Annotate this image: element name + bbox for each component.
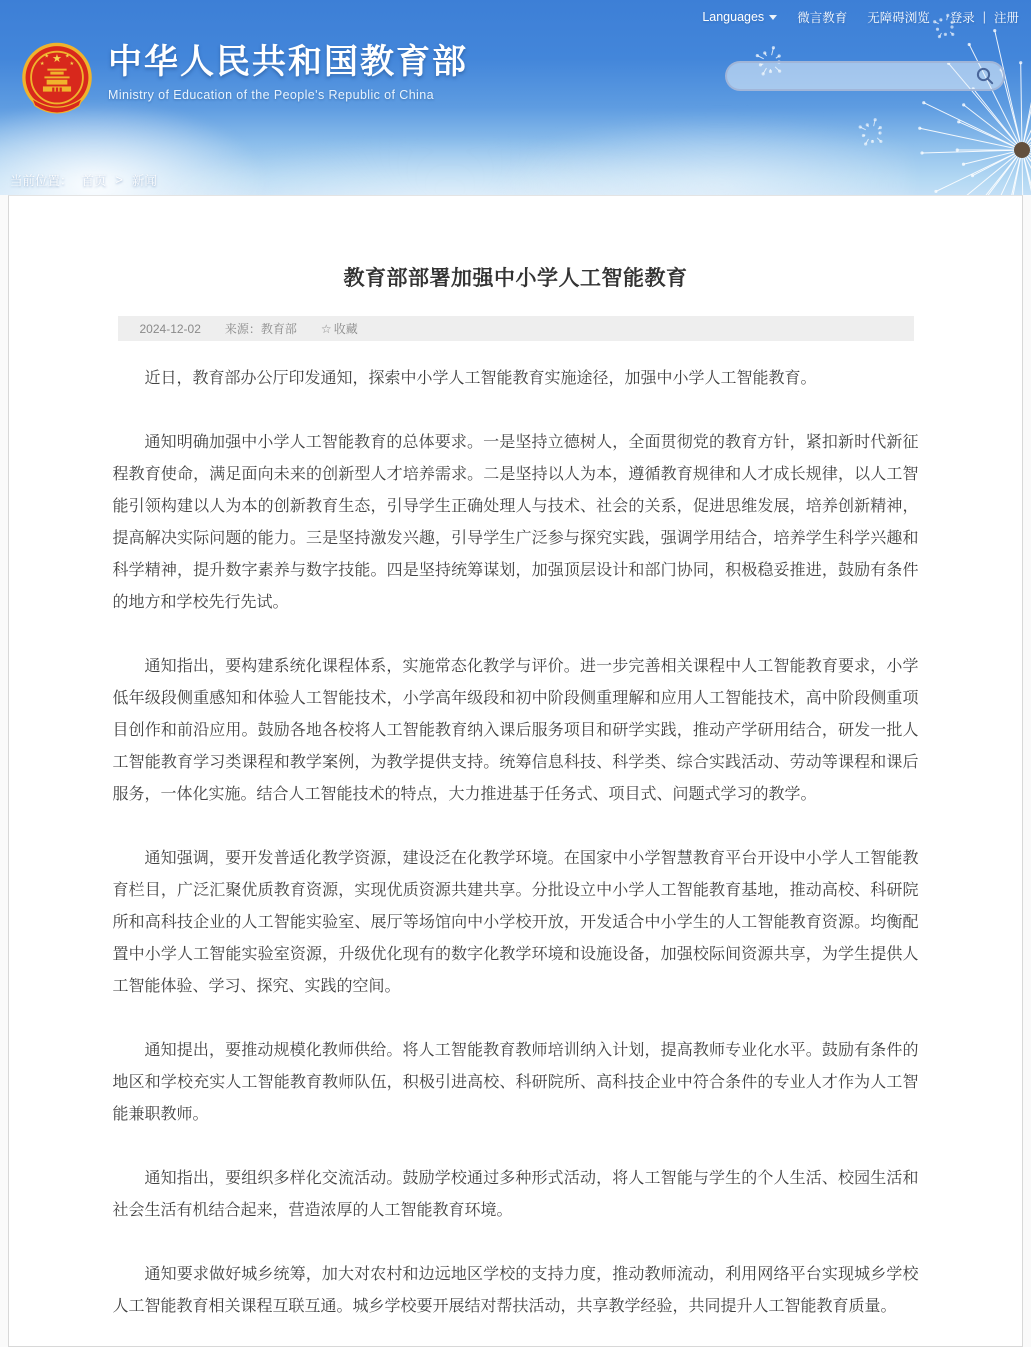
breadcrumb-current-link[interactable]: 新闻 [132, 171, 157, 189]
svg-text:★: ★ [52, 53, 62, 65]
search-input[interactable] [741, 69, 975, 84]
search-box [725, 61, 1005, 91]
article-paragraph: 通知提出，要推动规模化教师供给。将人工智能教育教师培训纳入计划，提高教师专业化水… [113, 1035, 919, 1131]
article-paragraph: 通知要求做好城乡统筹，加大对农村和边远地区学校的支持力度，推动教师流动，利用网络… [113, 1259, 919, 1323]
search-icon [975, 66, 995, 86]
favorite-label: 收藏 [334, 320, 358, 337]
brand-text: 中华人民共和国教育部 Ministry of Education of the … [108, 42, 468, 102]
topbar-separator: | [983, 10, 986, 24]
article-source-value: 教育部 [261, 322, 297, 336]
svg-text:★: ★ [69, 61, 74, 67]
breadcrumb-label: 当前位置： [10, 171, 73, 189]
article-body: 近日，教育部办公厅印发通知，探索中小学人工智能教育实施途径，加强中小学人工智能教… [113, 363, 919, 1323]
site-title: 中华人民共和国教育部 [108, 42, 468, 83]
chevron-down-icon [769, 15, 777, 20]
topbar-link-accessibility[interactable]: 无障碍浏览 [867, 8, 930, 26]
article-paragraph: 近日，教育部办公厅印发通知，探索中小学人工智能教育实施途径，加强中小学人工智能教… [113, 363, 919, 395]
breadcrumb-separator: > [116, 173, 123, 187]
site-subtitle: Ministry of Education of the People's Re… [108, 88, 468, 102]
article-title: 教育部部署加强中小学人工智能教育 [9, 262, 1022, 292]
search-button[interactable] [975, 66, 995, 86]
article-paragraph: 通知指出，要组织多样化交流活动。鼓励学校通过多种形式活动，将人工智能与学生的个人… [113, 1163, 919, 1227]
languages-menu[interactable]: Languages [702, 10, 777, 24]
national-emblem-icon: ★ ★ ★ ★ ★ [20, 42, 94, 119]
article-source: 来源：教育部 [225, 320, 297, 337]
breadcrumb: 当前位置： 首页 > 新闻 [10, 171, 157, 189]
login-link[interactable]: 登录 [950, 8, 975, 26]
site-header: Languages 微言教育 无障碍浏览 登录 | 注册 ★ ★ ★ ★ ★ [0, 0, 1031, 195]
register-link[interactable]: 注册 [994, 8, 1019, 26]
topbar: Languages 微言教育 无障碍浏览 登录 | 注册 [702, 8, 1019, 26]
article-paragraph: 通知指出，要构建系统化课程体系，实施常态化教学与评价。进一步完善相关课程中人工智… [113, 651, 919, 811]
topbar-link-weiyan[interactable]: 微言教育 [797, 8, 847, 26]
cloud-decoration [491, 115, 911, 195]
star-icon: ☆ [321, 322, 332, 336]
article-date: 2024-12-02 [140, 322, 201, 336]
article-source-label: 来源： [225, 322, 261, 336]
favorite-button[interactable]: ☆ 收藏 [321, 320, 358, 337]
content-card: 教育部部署加强中小学人工智能教育 2024-12-02 来源：教育部 ☆ 收藏 … [8, 195, 1023, 1347]
breadcrumb-home-link[interactable]: 首页 [82, 171, 107, 189]
cloud-decoration [140, 140, 760, 195]
article-meta-bar: 2024-12-02 来源：教育部 ☆ 收藏 [118, 316, 914, 341]
svg-text:★: ★ [40, 61, 45, 67]
article-paragraph: 通知强调，要开发普适化教学资源，建设泛在化教学环境。在国家中小学智慧教育平台开设… [113, 843, 919, 1003]
svg-text:★: ★ [44, 54, 49, 60]
languages-label: Languages [702, 10, 764, 24]
site-logo-link[interactable]: ★ ★ ★ ★ ★ 中华人民共和国教育部 Ministry of Educati… [20, 42, 468, 119]
article-paragraph: 通知明确加强中小学人工智能教育的总体要求。一是坚持立德树人，全面贯彻党的教育方针… [113, 427, 919, 619]
svg-text:★: ★ [65, 54, 70, 60]
